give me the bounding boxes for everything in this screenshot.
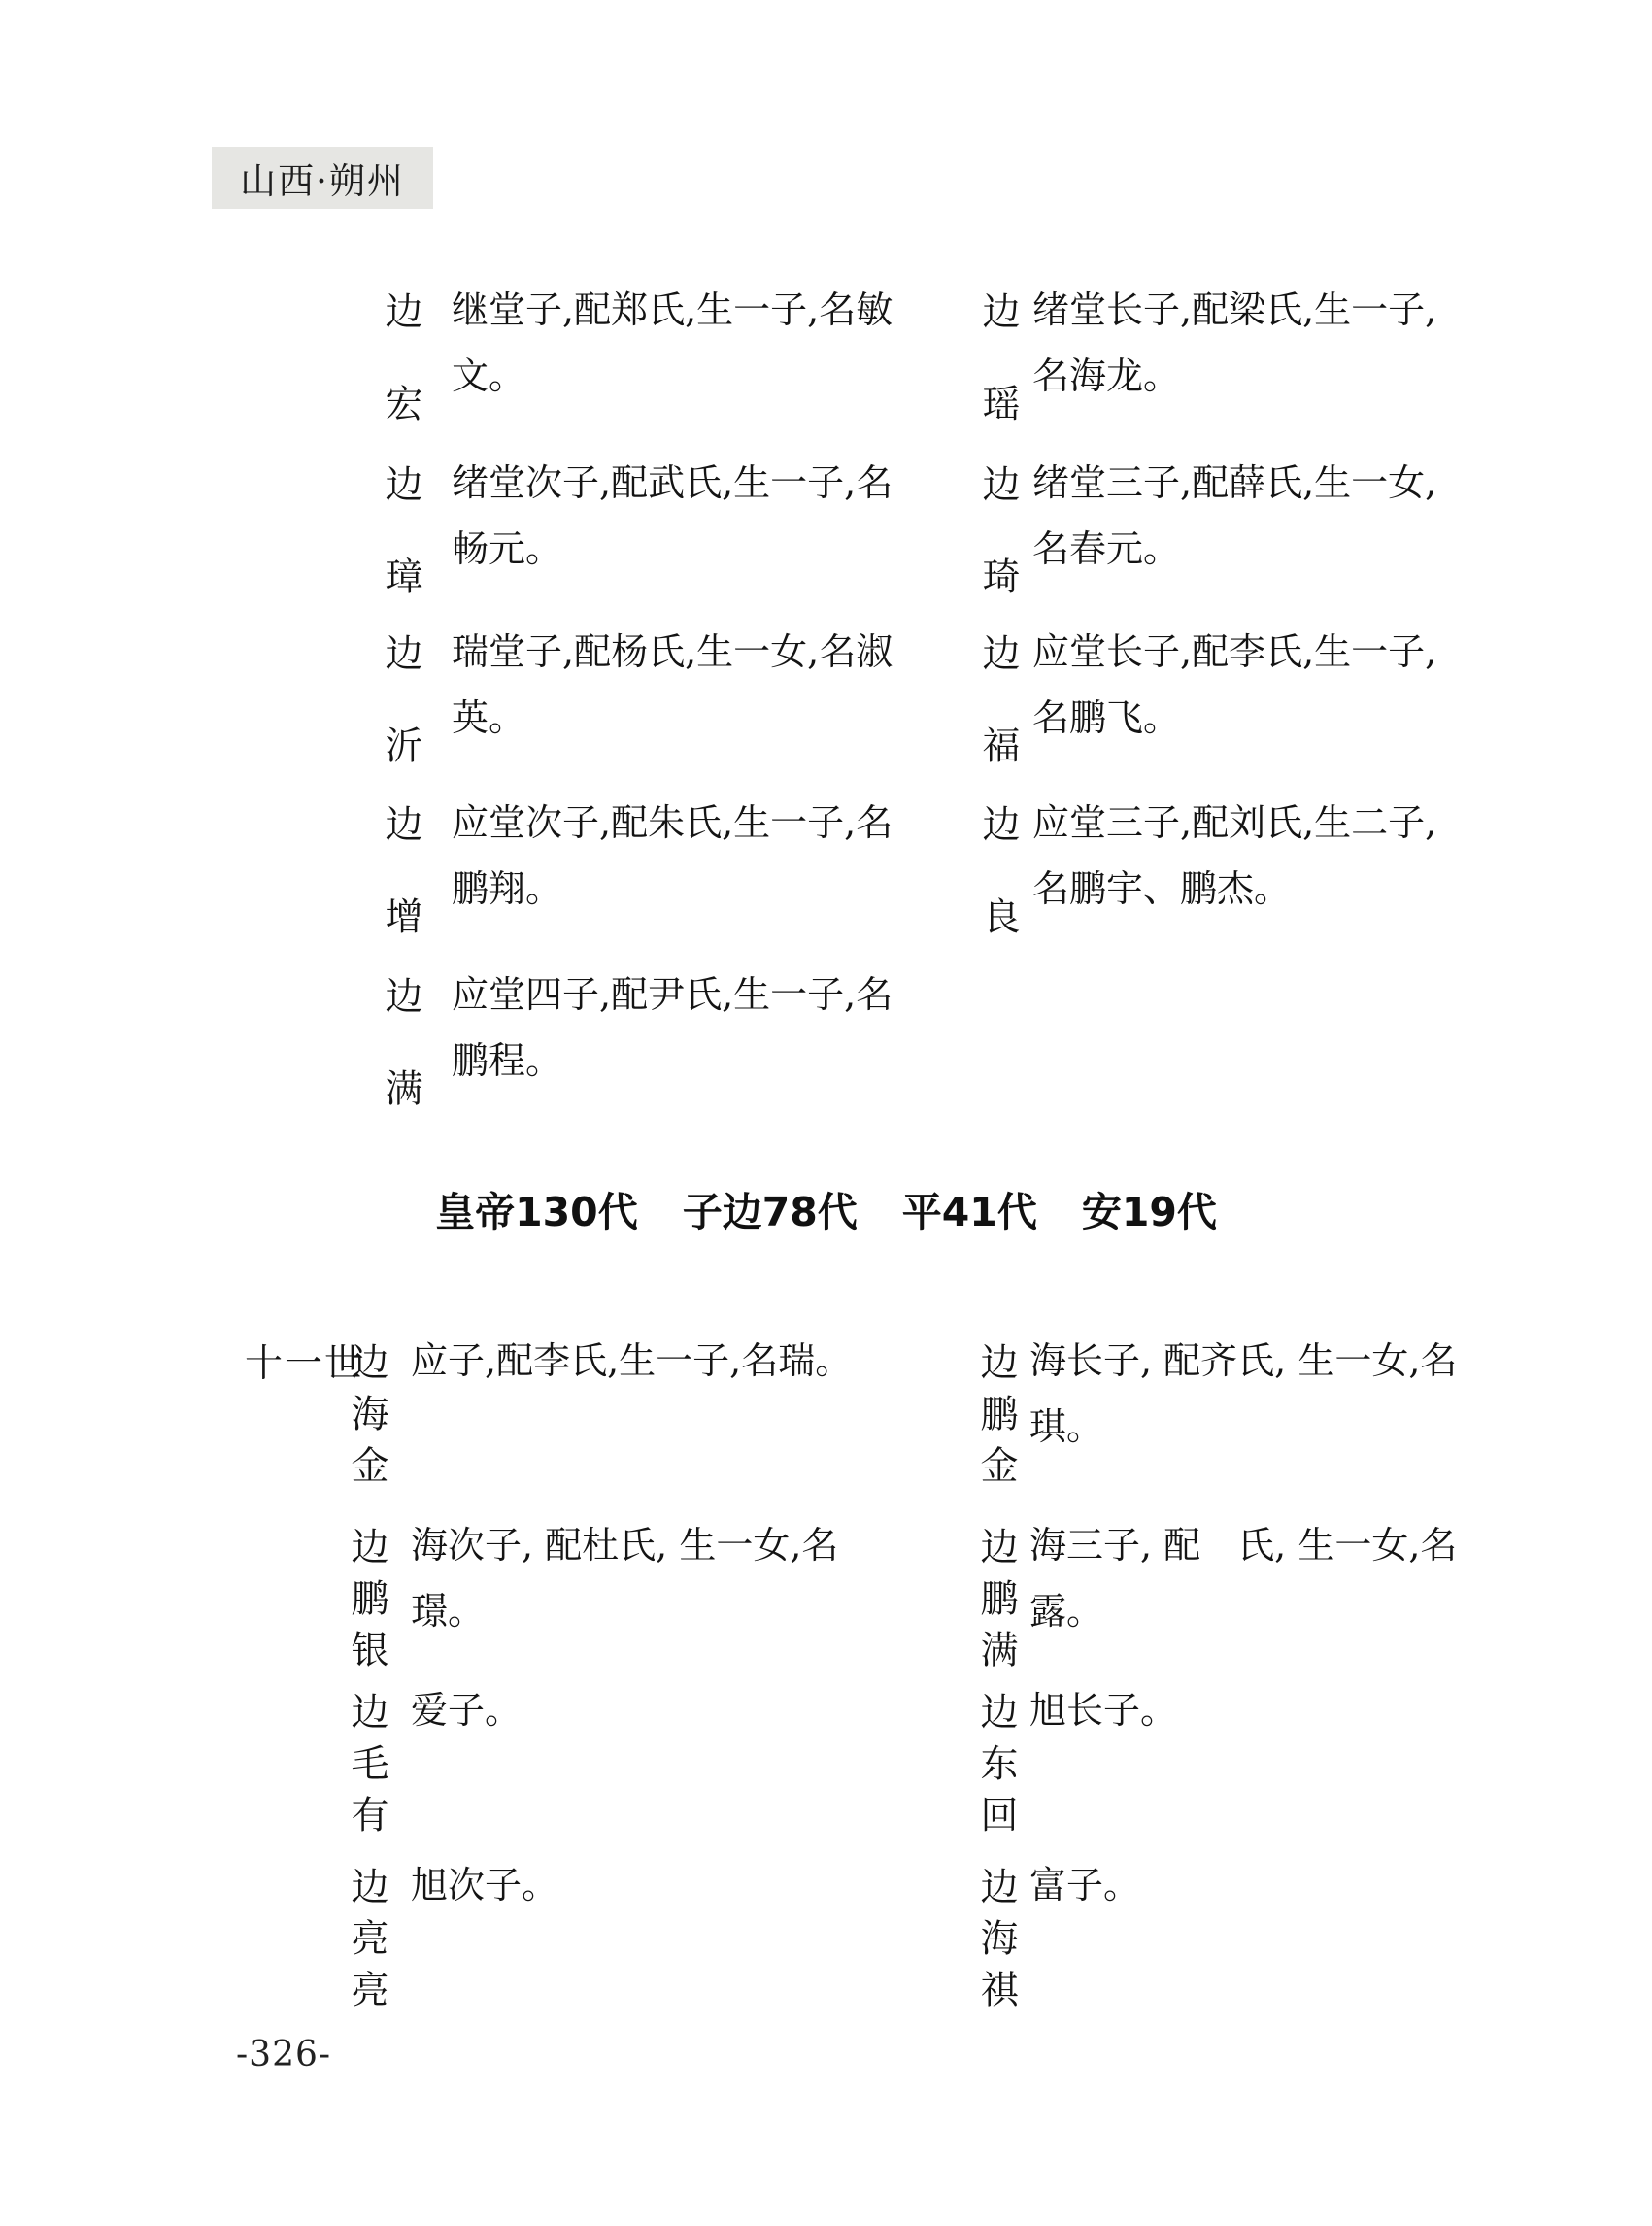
person-description: 富子。 bbox=[1029, 1852, 1484, 1918]
person-name: 边鹏金 bbox=[974, 1342, 1017, 1497]
person-name: 边鹏银 bbox=[345, 1527, 388, 1681]
person-description: 瑞堂子,配杨氏,生一女,名淑 英。 bbox=[452, 619, 920, 751]
person-description: 应子,配李氏,生一子,名瑞。 bbox=[411, 1328, 918, 1394]
generation-heading: 皇帝130代 子边78代 平41代 安19代 bbox=[0, 1193, 1652, 1232]
genealogy-entry: 边宏 继堂子,配郑氏,生一子,名敏 文。 bbox=[379, 277, 920, 476]
heading-segment: 安19代 bbox=[1082, 1193, 1217, 1232]
genealogy-entry: 边鹏金 海长子, 配齐氏, 生一女,名 琪。 bbox=[974, 1328, 1484, 1497]
genealogy-entry: 边沂 瑞堂子,配杨氏,生一女,名淑 英。 bbox=[379, 619, 920, 818]
person-name: 边宏 bbox=[379, 291, 421, 476]
genealogy-entry: 边福 应堂长子,配李氏,生一子, 名鹏飞。 bbox=[976, 619, 1487, 818]
person-description: 应堂四子,配尹氏,生一子,名 鹏程。 bbox=[452, 961, 920, 1094]
person-description: 继堂子,配郑氏,生一子,名敏 文。 bbox=[452, 277, 920, 409]
genealogy-entry: 边东回 旭长子。 bbox=[974, 1677, 1484, 1846]
person-name: 边瑶 bbox=[976, 291, 1019, 476]
person-name: 边满 bbox=[379, 976, 421, 1161]
page-number: -326- bbox=[236, 2038, 331, 2073]
person-description: 应堂长子,配李氏,生一子, 名鹏飞。 bbox=[1032, 619, 1487, 751]
person-description: 应堂次子,配朱氏,生一子,名 鹏翔。 bbox=[452, 790, 920, 922]
person-description: 旭次子。 bbox=[411, 1852, 918, 1918]
person-description: 海长子, 配齐氏, 生一女,名 琪。 bbox=[1029, 1328, 1484, 1460]
heading-segment: 子边78代 bbox=[683, 1193, 858, 1232]
heading-segment: 平41代 bbox=[902, 1193, 1037, 1232]
person-name: 边良 bbox=[976, 804, 1019, 989]
person-name: 边毛有 bbox=[345, 1692, 388, 1846]
person-description: 海次子, 配杜氏, 生一女,名 璟。 bbox=[411, 1512, 918, 1644]
person-name: 边亮亮 bbox=[345, 1867, 388, 2021]
person-description: 绪堂长子,配梁氏,生一子, 名海龙。 bbox=[1032, 277, 1487, 409]
person-name: 边鹏满 bbox=[974, 1527, 1017, 1681]
person-name: 边海金 bbox=[345, 1342, 388, 1497]
person-description: 海三子, 配 氏, 生一女,名 露。 bbox=[1029, 1512, 1484, 1644]
genealogy-entry: 边满 应堂四子,配尹氏,生一子,名 鹏程。 bbox=[379, 961, 920, 1161]
genealogy-entry: 边海祺 富子。 bbox=[974, 1852, 1484, 2021]
genealogy-entry: 边瑶 绪堂长子,配梁氏,生一子, 名海龙。 bbox=[976, 277, 1487, 476]
person-description: 绪堂三子,配薛氏,生一女, 名春元。 bbox=[1032, 450, 1487, 582]
genealogy-entry: 边良 应堂三子,配刘氏,生二子, 名鹏宇、鹏杰。 bbox=[976, 790, 1487, 989]
genealogy-page: 山西·朔州 边宏 继堂子,配郑氏,生一子,名敏 文。 边璋 绪堂次子,配武氏,生… bbox=[0, 0, 1652, 2226]
genealogy-entry: 边亮亮 旭次子。 bbox=[345, 1852, 918, 2021]
person-description: 爱子。 bbox=[411, 1677, 918, 1743]
genealogy-entry: 边鹏满 海三子, 配 氏, 生一女,名 露。 bbox=[974, 1512, 1484, 1681]
genealogy-entry: 边增 应堂次子,配朱氏,生一子,名 鹏翔。 bbox=[379, 790, 920, 989]
person-description: 旭长子。 bbox=[1029, 1677, 1484, 1743]
heading-segment: 皇帝130代 bbox=[435, 1193, 638, 1232]
person-description: 应堂三子,配刘氏,生二子, 名鹏宇、鹏杰。 bbox=[1032, 790, 1487, 922]
person-name: 边海祺 bbox=[974, 1867, 1017, 2021]
genealogy-entry: 边鹏银 海次子, 配杜氏, 生一女,名 璟。 bbox=[345, 1512, 918, 1681]
genealogy-entry: 边毛有 爱子。 bbox=[345, 1677, 918, 1846]
region-badge-label: 山西·朔州 bbox=[240, 152, 405, 204]
region-badge: 山西·朔州 bbox=[212, 147, 433, 209]
person-description: 绪堂次子,配武氏,生一子,名 畅元。 bbox=[452, 450, 920, 582]
person-name: 边东回 bbox=[974, 1692, 1017, 1846]
genealogy-entry: 边海金 应子,配李氏,生一子,名瑞。 bbox=[345, 1328, 918, 1497]
